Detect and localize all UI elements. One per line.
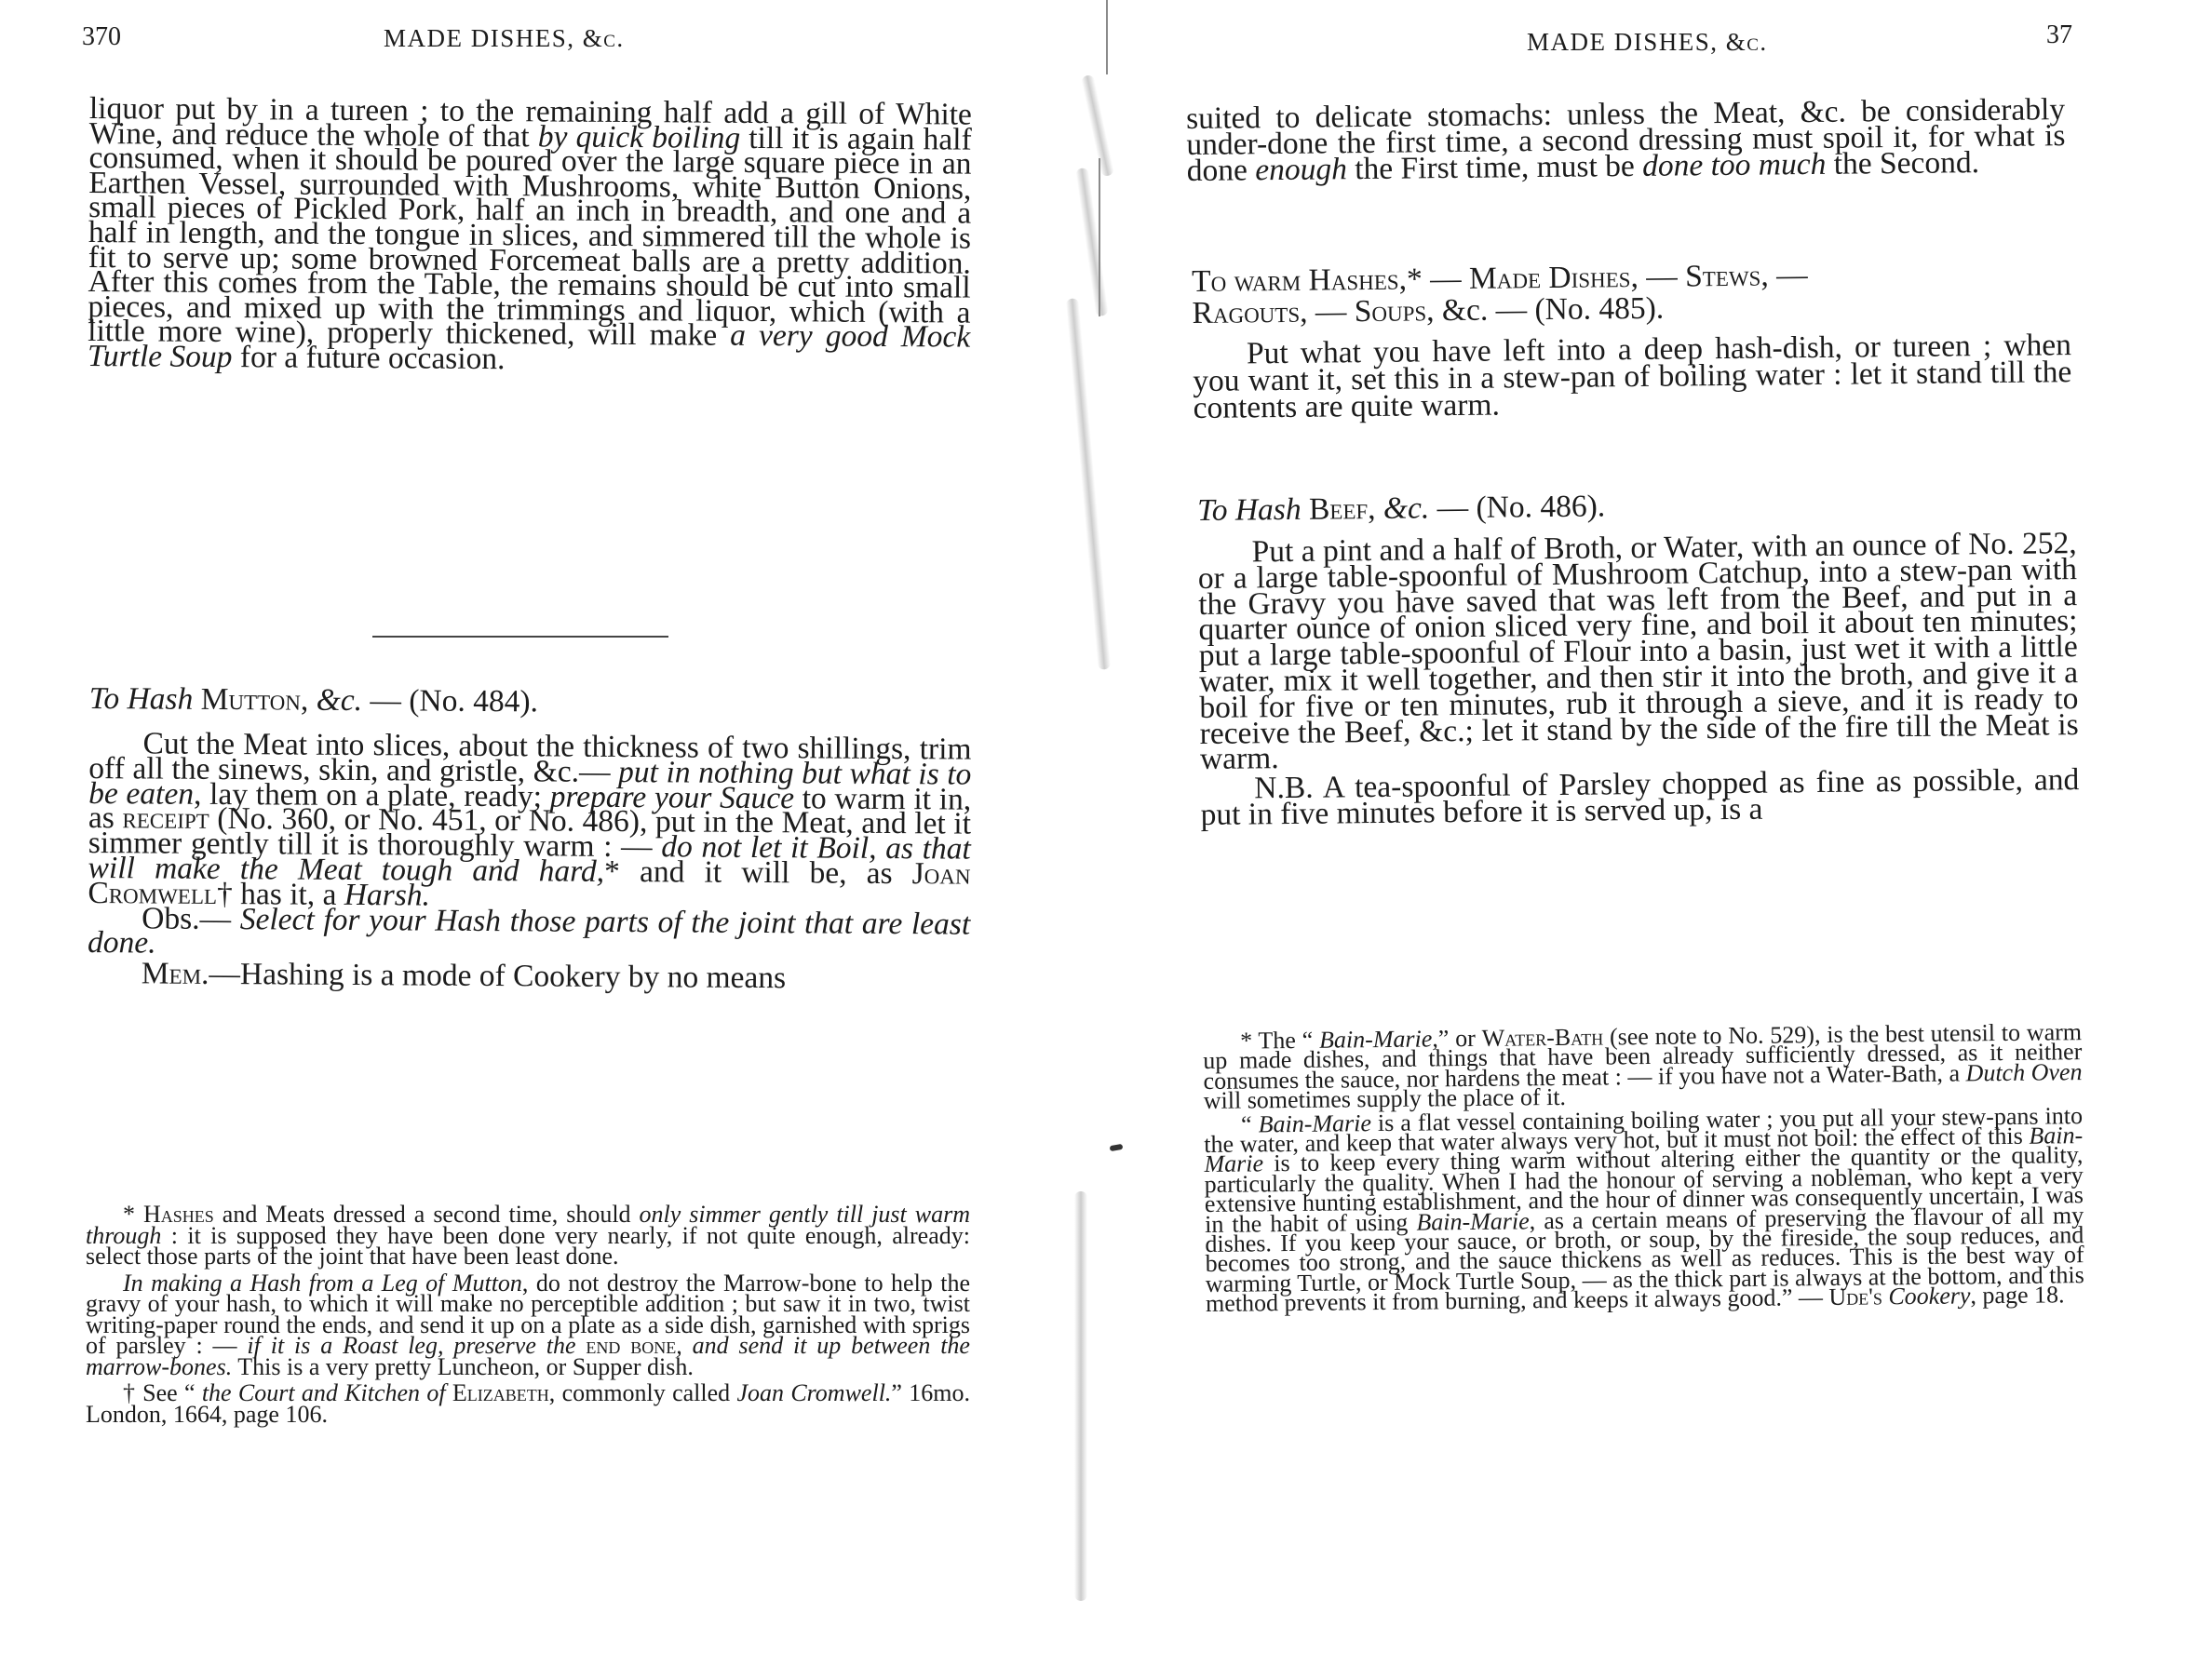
recipe-paragraph: Cut the Meat into slices, about the thic… <box>88 732 971 912</box>
continuation-text: suited to delicate stomachs: unless the … <box>1186 97 2066 184</box>
recipe-484: To Hash Mutton, &c. — (No. 484). Cut the… <box>88 683 972 993</box>
recipe-heading-line-2: Ragouts, — Soups, &c. — (No. 485). <box>1192 289 2070 329</box>
footnote-star: * Hashes and Meats dressed a second time… <box>86 1204 970 1268</box>
recipe-paragraph: Put a pint and a half of Broth, or Water… <box>1198 531 2080 773</box>
mem-paragraph: Mem.—Hashing is a mode of Cookery by no … <box>88 961 970 992</box>
footnote-bain-marie: * The “ Bain-Marie,” or Water-Bath (see … <box>1203 1022 2083 1111</box>
left-page: 370 MADE DISHES, &c. liquor put by in a … <box>0 0 1089 1653</box>
section-rule <box>372 636 668 638</box>
recipe-heading: To Hash Mutton, &c. — (No. 484). <box>89 683 972 721</box>
recipe-heading: To Hash Beef, &c. — (No. 486). <box>1197 486 2076 527</box>
continuation-paragraph: suited to delicate stomachs: unless the … <box>1186 97 2066 184</box>
nb-paragraph: N.B. A tea-spoonful of Parsley chopped a… <box>1200 767 2080 827</box>
footnote: * The “ Bain-Marie,” or Water-Bath (see … <box>1203 1022 2084 1314</box>
right-page: MADE DISHES, &c. 37 suited to delicate s… <box>1089 0 2212 1653</box>
continuation-paragraph: liquor put by in a tureen ; to the remai… <box>88 97 972 375</box>
footnote-dagger: † See “ the Court and Kitchen of Elizabe… <box>86 1383 970 1425</box>
gutter-shadow <box>1074 1191 1087 1601</box>
recipe-486: To Hash Beef, &c. — (No. 486). Put a pin… <box>1197 486 2080 828</box>
running-head: MADE DISHES, &c. <box>384 24 625 53</box>
obs-paragraph: Obs.— Select for your Hash those parts o… <box>88 907 970 962</box>
continuation-text: liquor put by in a tureen ; to the remai… <box>88 97 972 375</box>
page-number: 37 <box>2046 20 2072 50</box>
running-head: MADE DISHES, &c. <box>1527 28 1768 57</box>
recipe-paragraph: Put what you have left into a deep hash-… <box>1193 331 2072 422</box>
footnote-ude-quote: “ Bain-Marie is a flat vessel containing… <box>1204 1106 2084 1314</box>
footnote-leg-of-mutton: In making a Hash from a Leg of Mutton, d… <box>86 1273 970 1378</box>
page-number: 370 <box>82 22 121 52</box>
recipe-485: To warm Hashes,* — Made Dishes, — Stews,… <box>1192 257 2072 422</box>
footnotes: * Hashes and Meats dressed a second time… <box>86 1204 970 1425</box>
